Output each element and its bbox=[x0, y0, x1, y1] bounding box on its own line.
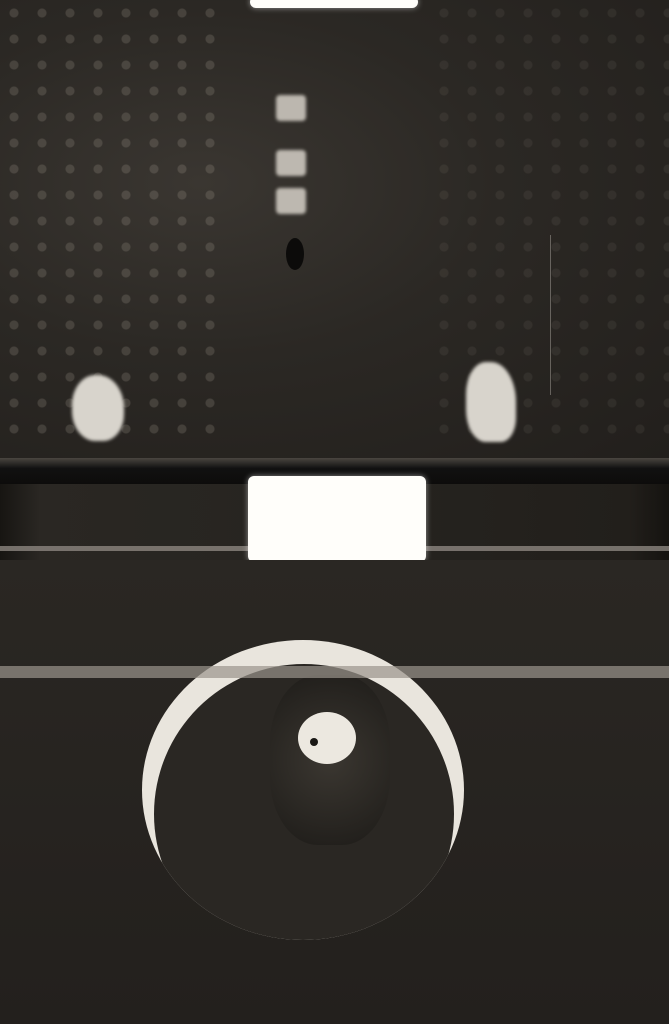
title-glyph-shape bbox=[276, 188, 306, 214]
monkey-eye bbox=[310, 738, 318, 746]
monkey-head bbox=[298, 712, 356, 764]
creature-figure-left bbox=[72, 375, 124, 441]
ink-blot bbox=[286, 238, 304, 270]
film-scratch bbox=[550, 235, 551, 395]
film-scratch-band bbox=[0, 666, 669, 678]
film-strip bbox=[0, 0, 669, 1024]
creature-figure-right bbox=[466, 362, 516, 442]
dotted-backdrop-left bbox=[0, 0, 230, 440]
title-glyph-shape bbox=[276, 95, 306, 121]
title-glyph-shape bbox=[276, 150, 306, 176]
sprocket-hole-middle bbox=[248, 476, 426, 562]
top-frame bbox=[0, 0, 669, 458]
sprocket-hole-top bbox=[250, 0, 418, 8]
